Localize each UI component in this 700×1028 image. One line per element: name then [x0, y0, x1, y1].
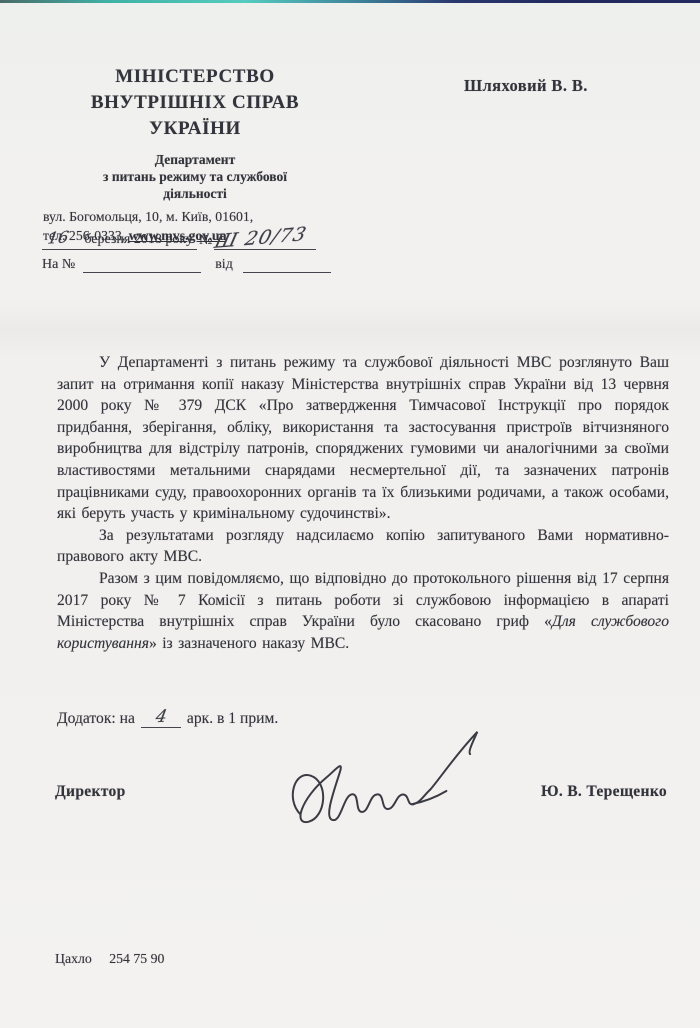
reference-block: 16березня 2018 року № Ш 20/73 На № від	[42, 227, 402, 273]
handwritten-day: 16	[46, 227, 70, 247]
paragraph-3: Разом з цим повідомляємо, що відповідно …	[57, 568, 669, 654]
scan-shading	[0, 300, 700, 360]
letterhead: МІНІСТЕРСТВО ВНУТРІШНІХ СПРАВ УКРАЇНИ Де…	[40, 64, 350, 245]
paragraph-3-tail: » із зазначеного наказу МВС.	[149, 635, 349, 652]
number-sign: №	[199, 233, 212, 250]
reply-number-blank	[83, 258, 201, 273]
ministry-line-3: УКРАЇНИ	[40, 116, 350, 142]
handwritten-pages-count: 4	[154, 707, 169, 728]
attachment-line: Додаток: на 4 арк. в 1 прим.	[57, 707, 278, 728]
department-title: Департамент з питань режиму та службової…	[40, 151, 350, 202]
department-line-1: Департамент	[40, 151, 350, 168]
ministry-title: МІНІСТЕРСТВО ВНУТРІШНІХ СПРАВ УКРАЇНИ	[40, 64, 350, 142]
reply-no-label: На №	[42, 257, 75, 273]
date-number-line: 16березня 2018 року № Ш 20/73	[42, 227, 402, 250]
signature-scribble	[281, 727, 494, 834]
number-underline: Ш 20/73	[214, 227, 316, 250]
signer-title: Директор	[55, 783, 126, 801]
reply-reference-line: На № від	[42, 257, 402, 273]
attachment-prefix: Додаток: на	[57, 710, 135, 728]
recipient-name: Шляховий В. В.	[464, 76, 588, 96]
attachment-suffix: арк. в 1 прим.	[187, 710, 278, 728]
scanned-letter-page: МІНІСТЕРСТВО ВНУТРІШНІХ СПРАВ УКРАЇНИ Де…	[0, 0, 700, 1028]
executor-name: Цахло	[55, 951, 92, 966]
printed-date: березня 2018 року	[84, 232, 193, 247]
signer-name: Ю. В. Терещенко	[541, 783, 667, 801]
department-line-2: з питань режиму та службової	[40, 168, 350, 185]
signoff-block: Директор Ю. В. Терещенко	[55, 755, 667, 835]
date-underline: 16березня 2018 року	[42, 228, 197, 250]
scan-edge-artifact	[0, 0, 700, 3]
paragraph-1: У Департаменті з питань режиму та службо…	[57, 352, 669, 525]
pages-underline: 4	[141, 707, 181, 728]
reply-date-blank	[243, 258, 331, 273]
handwritten-number: Ш 20/73	[213, 223, 310, 253]
department-line-3: діяльності	[40, 185, 350, 202]
executor-line: Цахло 254 75 90	[55, 951, 164, 967]
letter-body: У Департаменті з питань режиму та службо…	[57, 352, 669, 654]
paragraph-2: За результатами розгляду надсилаємо копі…	[57, 525, 669, 568]
ministry-line-2: ВНУТРІШНІХ СПРАВ	[40, 90, 350, 116]
executor-phone: 254 75 90	[109, 951, 164, 966]
ministry-line-1: МІНІСТЕРСТВО	[40, 64, 350, 90]
reply-from-label: від	[215, 257, 233, 273]
